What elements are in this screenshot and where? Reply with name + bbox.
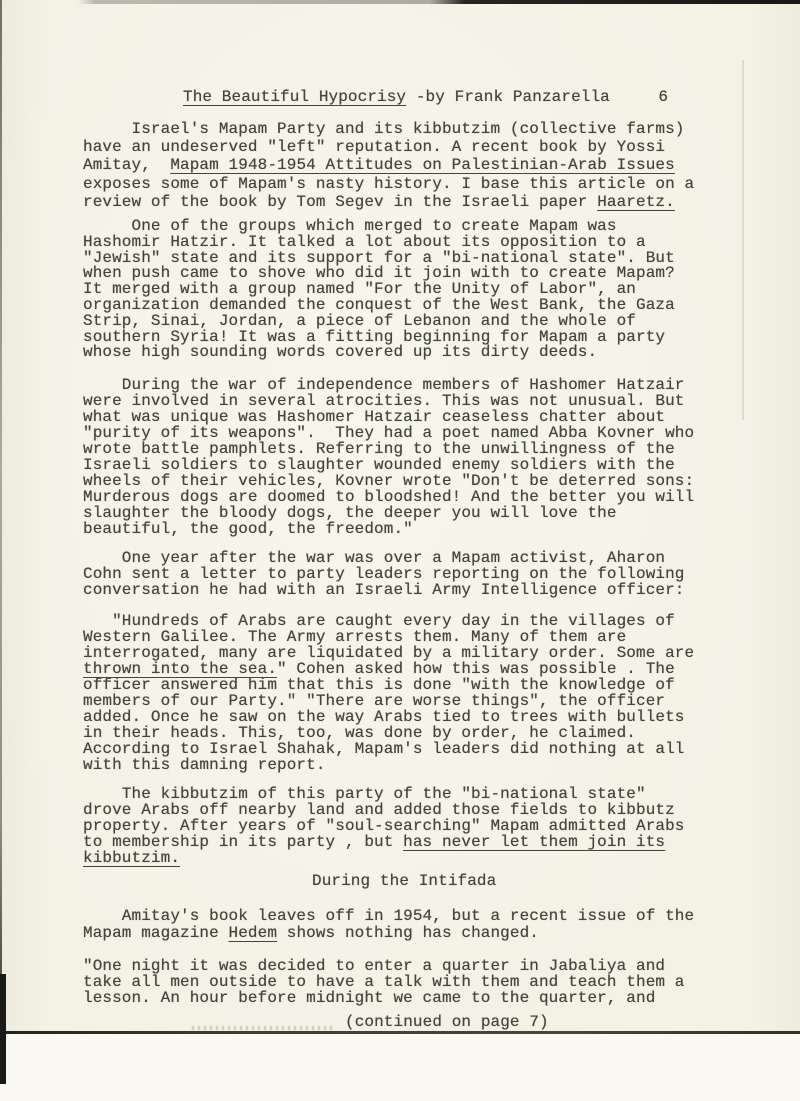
text-segment: lesson. An hour before midnight we came … bbox=[83, 989, 655, 1007]
document-line: review of the book by Tom Segev in the I… bbox=[83, 193, 694, 211]
text-segment: have an undeserved "left" reputation. A … bbox=[83, 138, 665, 156]
document-line: Amitay's book leaves off in 1954, but a … bbox=[83, 908, 694, 925]
document-line: with this damning report. bbox=[83, 757, 694, 773]
scan-smudge bbox=[192, 1026, 334, 1030]
document-line: Israeli soldiers to slaughter wounded en… bbox=[83, 457, 694, 473]
text-segment: with this damning report. bbox=[83, 756, 326, 774]
document-line: Western Galilee. The Army arrests them. … bbox=[83, 629, 694, 645]
document-line: The Beautiful Hypocrisy -by Frank Panzar… bbox=[183, 88, 668, 106]
document-line: Amitay, Mapam 1948-1954 Attitudes on Pal… bbox=[83, 156, 694, 174]
section-heading: During the Intifada bbox=[312, 873, 496, 889]
text-segment: Amitay, bbox=[83, 156, 170, 174]
paragraph-3: During the war of independence members o… bbox=[83, 377, 694, 537]
document-line: added. Once he saw on the way Arabs tied… bbox=[83, 709, 694, 725]
document-line: in their heads. This, too, was done by o… bbox=[83, 725, 694, 741]
text-segment: During the Intifada bbox=[312, 872, 496, 890]
page-number: 6 bbox=[658, 88, 668, 106]
document-line: take all men outside to have a talk with… bbox=[83, 974, 685, 990]
document-page: The Beautiful Hypocrisy -by Frank Panzar… bbox=[0, 0, 800, 1101]
text-segment: review of the book by Tom Segev in the I… bbox=[83, 193, 597, 211]
text-segment: whose high sounding words covered up its… bbox=[83, 343, 597, 361]
document-line: lesson. An hour before midnight we came … bbox=[83, 990, 685, 1006]
underlined-text: Mapam 1948-1954 Attitudes on Palestinian… bbox=[170, 156, 674, 174]
document-line: Murderous dogs are doomed to bloodshed! … bbox=[83, 489, 694, 505]
document-line: The kibbutzim of this party of the "bi-n… bbox=[83, 786, 685, 802]
text-segment: Israel's Mapam Party and its kibbutzim (… bbox=[83, 120, 685, 138]
scan-edge-top bbox=[0, 0, 800, 4]
scan-streak bbox=[742, 60, 744, 420]
document-line: (continued on page 7) bbox=[345, 1014, 549, 1030]
document-line: "One night it was decided to enter a qua… bbox=[83, 958, 685, 974]
underlined-text: Hedem bbox=[229, 924, 278, 942]
text-segment: (continued on page 7) bbox=[345, 1013, 549, 1031]
footer-continuation: (continued on page 7) bbox=[345, 1014, 549, 1030]
text-segment: Amitay's book leaves off in 1954, but a … bbox=[83, 907, 694, 925]
document-line: members of our Party." "There are worse … bbox=[83, 693, 694, 709]
underlined-text: has never let them join its bbox=[403, 833, 665, 851]
document-line: to membership in its party , but has nev… bbox=[83, 834, 685, 850]
underlined-text: kibbutzim. bbox=[83, 849, 180, 867]
underlined-text: Haaretz. bbox=[597, 193, 675, 211]
document-line: drove Arabs off nearby land and added th… bbox=[83, 802, 685, 818]
paragraph-2: One of the groups which merged to create… bbox=[83, 219, 675, 361]
document-line: what was unique was Hashomer Hatzair cea… bbox=[83, 409, 694, 425]
document-line: "Hundreds of Arabs are caught every day … bbox=[83, 613, 694, 629]
text-segment: exposes some of Mapam's nasty history. I… bbox=[83, 175, 694, 193]
document-line: During the Intifada bbox=[312, 873, 496, 889]
document-line: exposes some of Mapam's nasty history. I… bbox=[83, 175, 694, 193]
document-line: One year after the war was over a Mapam … bbox=[83, 550, 685, 566]
document-line: officer answered him that this is done "… bbox=[83, 677, 694, 693]
document-line: wheels of their vehicles, Kovner wrote "… bbox=[83, 473, 694, 489]
document-line: slaughter the bloody dogs, the deeper yo… bbox=[83, 505, 694, 521]
document-line: have an undeserved "left" reputation. A … bbox=[83, 138, 694, 156]
document-line: thrown into the sea." Cohen asked how th… bbox=[83, 661, 694, 677]
document-line: According to Israel Shahak, Mapam's lead… bbox=[83, 741, 694, 757]
text-segment bbox=[610, 88, 659, 106]
paragraph-6: The kibbutzim of this party of the "bi-n… bbox=[83, 786, 685, 866]
document-line: beautiful, the good, the freedom." bbox=[83, 521, 694, 537]
paragraph-7: Amitay's book leaves off in 1954, but a … bbox=[83, 908, 694, 941]
document-line: whose high sounding words covered up its… bbox=[83, 345, 675, 361]
text-segment: shows nothing has changed. bbox=[277, 924, 539, 942]
scan-below-fold bbox=[0, 1034, 800, 1101]
document-line: conversation he had with an Israeli Army… bbox=[83, 582, 685, 598]
document-line: interrogated, many are liquidated by a m… bbox=[83, 645, 694, 661]
paragraph-5: "Hundreds of Arabs are caught every day … bbox=[83, 613, 694, 773]
document-line: wrote battle pamphlets. Referring to the… bbox=[83, 441, 694, 457]
scan-edge-left bbox=[0, 0, 2, 1034]
text-segment: Mapam magazine bbox=[83, 924, 229, 942]
document-line: property. After years of "soul-searching… bbox=[83, 818, 685, 834]
text-segment: beautiful, the good, the freedom." bbox=[83, 520, 413, 538]
paragraph-1: Israel's Mapam Party and its kibbutzim (… bbox=[83, 120, 694, 211]
document-line: were involved in several atrocities. Thi… bbox=[83, 393, 694, 409]
text-segment: conversation he had with an Israeli Army… bbox=[83, 581, 685, 599]
title-line: The Beautiful Hypocrisy -by Frank Panzar… bbox=[183, 88, 668, 106]
paragraph-4: One year after the war was over a Mapam … bbox=[83, 550, 685, 599]
document-line: "purity of its weapons". They had a poet… bbox=[83, 425, 694, 441]
underlined-text: The Beautiful Hypocrisy bbox=[183, 88, 406, 106]
document-line: Mapam magazine Hedem shows nothing has c… bbox=[83, 925, 694, 942]
scan-corner-mark bbox=[0, 974, 6, 1084]
document-line: Israel's Mapam Party and its kibbutzim (… bbox=[83, 120, 694, 138]
document-line: During the war of independence members o… bbox=[83, 377, 694, 393]
document-line: kibbutzim. bbox=[83, 850, 685, 866]
text-segment: -by Frank Panzarella bbox=[406, 88, 610, 106]
paragraph-8: "One night it was decided to enter a qua… bbox=[83, 958, 685, 1006]
document-line: Cohn sent a letter to party leaders repo… bbox=[83, 566, 685, 582]
